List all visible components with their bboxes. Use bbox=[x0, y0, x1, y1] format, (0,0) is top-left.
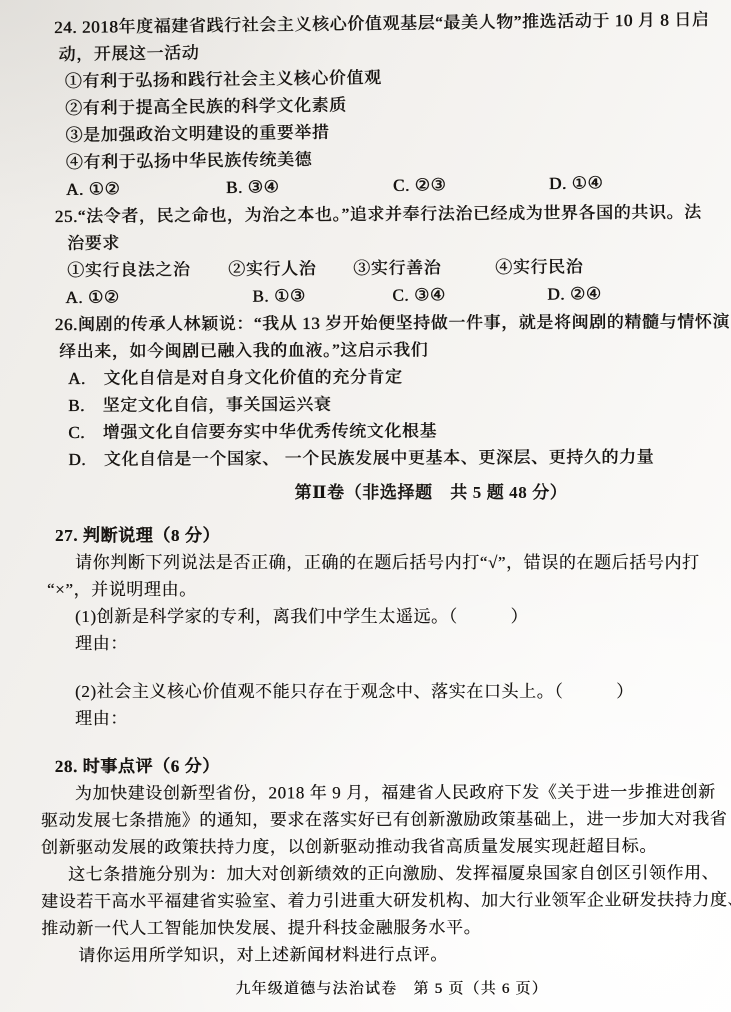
q26-option-d: D. 文化自信是一个国家、 一个民族发展中更基本、更深层、更持久的力量 bbox=[68, 443, 723, 473]
q25-stem-line-1: 25.“法令者，民之命也，为治之本也。”追求并奉行法治已经成为世界各国的共识。法 bbox=[55, 198, 723, 230]
q28-para-1-line-2: 驱动发展七条措施》的通知，要求在落实好已有创新激励政策基础上，进一步加大对我省 bbox=[41, 805, 723, 834]
q25-options-row: A. ①② B. ①③ C. ③④ D. ②④ bbox=[55, 279, 723, 311]
question-28: 28. 时事点评（6 分） 为加快建设创新型省份，2018 年 9 月，福建省人… bbox=[55, 751, 724, 969]
q27-title: 27. 判断说理（8 分） bbox=[55, 522, 723, 549]
q26-stem-line-1: 26.闽剧的传承人林颖说：“我从 13 岁开始便坚持做一件事，就是将闽剧的精髓与… bbox=[55, 308, 723, 338]
q28-prompt: 请你运用所学知识，对上述新闻材料进行点评。 bbox=[78, 940, 723, 969]
question-25: 25.“法令者，民之命也，为治之本也。”追求并奉行法治已经成为世界各国的共识。法… bbox=[55, 198, 724, 311]
q24-option-c: C. ②③ bbox=[393, 171, 447, 199]
page-footer: 九年级道德与法治试卷 第 5 页（共 6 页） bbox=[26, 976, 731, 1003]
question-26: 26.闽剧的传承人林颖说：“我从 13 岁开始便坚持做一件事，就是将闽剧的精髓与… bbox=[55, 308, 724, 473]
q27-item-1: (1)创新是科学家的专利，离我们中学生太遥远。（ ） bbox=[75, 603, 723, 630]
q25-statement-1: ①实行良法之治 bbox=[67, 256, 190, 284]
q28-para-1-line-1: 为加快建设创新型省份，2018 年 9 月，福建省人民政府下发《关于进一步推进创… bbox=[75, 778, 723, 807]
q27-reason-2-label: 理由： bbox=[75, 705, 723, 732]
section-2-header: 第Ⅱ卷（非选择题 共 5 题 48 分） bbox=[97, 479, 731, 506]
q25-option-c: C. ③④ bbox=[392, 281, 446, 308]
q28-para-2-line-2: 建设若干高水平福建省实验室、着力引进重大研发机构、加大行业领军企业研发扶持力度、 bbox=[41, 886, 723, 915]
q24-option-d: D. ①④ bbox=[549, 169, 604, 197]
q24-option-b: B. ③④ bbox=[226, 173, 280, 201]
question-24: 24. 2018年度福建省践行社会主义核心价值观基层“最美人物”推选活动于 10… bbox=[54, 6, 724, 203]
q27-intro-line-2: “×”，并说明理由。 bbox=[47, 576, 723, 603]
q25-statement-4: ④实行民治 bbox=[495, 253, 583, 281]
q26-option-c: C. 增强文化自信要夯实中华优秀传统文化根基 bbox=[68, 416, 723, 446]
q25-option-a: A. ①② bbox=[65, 284, 119, 311]
q28-para-2-line-3: 推动新一代人工智能加快发展、提升科技金融服务水平。 bbox=[41, 913, 723, 942]
q25-option-b: B. ①③ bbox=[252, 282, 306, 309]
q24-option-a: A. ①② bbox=[66, 175, 121, 203]
q26-option-a: A. 文化自信是对自身文化价值的充分肯定 bbox=[68, 362, 723, 392]
exam-page: 24. 2018年度福建省践行社会主义核心价值观基层“最美人物”推选活动于 10… bbox=[0, 0, 731, 1012]
q25-option-d: D. ②④ bbox=[547, 280, 601, 307]
q26-option-b: B. 坚定文化自信，事关国运兴衰 bbox=[68, 389, 723, 419]
question-27: 27. 判断说理（8 分） 请你判断下列说法是否正确，正确的在题后括号内打“√”… bbox=[55, 522, 723, 732]
q27-item-2: (2)社会主义核心价值观不能只存在于观念中、落实在口头上。（ ） bbox=[75, 678, 723, 705]
q28-title: 28. 时事点评（6 分） bbox=[55, 751, 723, 780]
q28-para-1-line-3: 创新驱动发展的政策扶持力度，以创新驱动推动我省高质量发展实现赶超目标。 bbox=[41, 832, 723, 861]
q25-statement-2: ②实行人治 bbox=[228, 255, 316, 283]
q27-intro-line-1: 请你判断下列说法是否正确，正确的在题后括号内打“√”，错误的在题后括号内打 bbox=[75, 549, 723, 576]
q27-reason-1-label: 理由： bbox=[75, 630, 723, 657]
q28-para-2-line-1: 这七条措施分别为：加大对创新绩效的正向激励、发挥福厦泉国家自创区引领作用、 bbox=[68, 859, 723, 888]
q26-stem-line-2: 绎出来，如今闽剧已融入我的血液。”这启示我们 bbox=[59, 335, 723, 365]
q25-statement-3: ③实行善治 bbox=[353, 254, 441, 282]
